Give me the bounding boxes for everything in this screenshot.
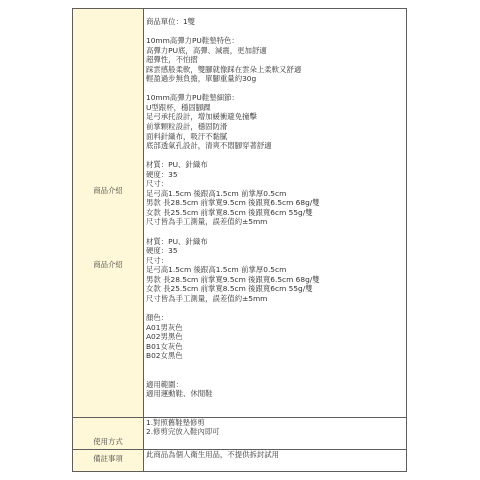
feature-line: 踩雲感般柔軟，雙腳就像踩在雲朵上柔軟又舒適	[146, 65, 406, 75]
intro-label-secondary: 商品介紹	[73, 259, 143, 270]
colors-title: 顏色：	[146, 313, 406, 323]
usage-label: 使用方式	[73, 436, 143, 447]
notes-content: 此商品為個人衛生用品，不提供拆封試用	[144, 449, 407, 471]
usage-row: 使用方式 1.對照舊鞋墊修剪 2.修剪完放入鞋內即可	[73, 417, 407, 449]
spec-size-line: 男款 長28.5cm 前掌寬9.5cm 後跟寬6.5cm 68g/雙	[146, 275, 406, 285]
detail-line: 面料針織布，吸汗不黏膩	[146, 132, 406, 142]
spec-size-line: 足弓高1.5cm 後跟高1.5cm 前掌厚0.5cm	[146, 265, 406, 275]
intro-label: 商品介紹	[73, 185, 143, 196]
notes-value: 此商品為個人衛生用品，不提供拆封試用	[146, 450, 406, 460]
detail-line: 底部透氣孔設計，清爽不悶腳穿著舒適	[146, 141, 406, 151]
detail-line: U型跟杯，穩固腳踝	[146, 103, 406, 113]
usage-line: 2.修剪完放入鞋內即可	[146, 427, 406, 437]
color-option: B02女黑色	[146, 351, 406, 361]
product-unit: 商品單位：1雙	[146, 17, 406, 27]
intro-label-cell: 商品介紹 商品介紹	[73, 9, 144, 418]
scope-title: 適用範圍：	[146, 380, 406, 390]
color-option: A01男灰色	[146, 323, 406, 333]
feature-line: 輕盈過步無負擔，單腳重量約30g	[146, 74, 406, 84]
spec-size-line: 足弓高1.5cm 後跟高1.5cm 前掌厚0.5cm	[146, 189, 406, 199]
detail-line: 前掌顆粒設計，穩固防滑	[146, 122, 406, 132]
scope-value: 適用運動鞋、休閒鞋	[146, 389, 406, 399]
notes-row: 備註事項 此商品為個人衛生用品，不提供拆封試用	[73, 449, 407, 471]
feature-line: 超彈性，不怕摺	[146, 55, 406, 65]
color-option: B01女灰色	[146, 342, 406, 352]
notes-label: 備註事項	[73, 453, 143, 464]
spec-size-title: 尺寸：	[146, 179, 406, 189]
intro-row: 商品介紹 商品介紹 商品單位：1雙 10mm高彈力PU鞋墊特色： 高彈力PU底，…	[73, 9, 407, 418]
details-title: 10mm高彈力PU鞋墊細節：	[146, 93, 406, 103]
usage-line: 1.對照舊鞋墊修剪	[146, 418, 406, 428]
notes-label-cell: 備註事項	[73, 449, 144, 471]
spec-hardness: 硬度：35	[146, 170, 406, 180]
detail-line: 足弓承托設計，增加緩衝避免撞擊	[146, 112, 406, 122]
spec-size-line: 尺寸皆為手工測量，誤差值約±5mm	[146, 217, 406, 227]
spec-size-line: 尺寸皆為手工測量，誤差值約±5mm	[146, 294, 406, 304]
usage-label-cell: 使用方式	[73, 417, 144, 449]
feature-line: 高彈力PU底，高彈、減震，更加舒適	[146, 46, 406, 56]
spec-hardness: 硬度：35	[146, 246, 406, 256]
intro-content: 商品單位：1雙 10mm高彈力PU鞋墊特色： 高彈力PU底，高彈、減震，更加舒適…	[144, 9, 407, 418]
color-option: A02男黑色	[146, 332, 406, 342]
features-title: 10mm高彈力PU鞋墊特色：	[146, 36, 406, 46]
spec-material: 材質：PU、針織布	[146, 237, 406, 247]
spec-material: 材質：PU、針織布	[146, 160, 406, 170]
spec-size-line: 男款 長28.5cm 前掌寬9.5cm 後跟寬6.5cm 68g/雙	[146, 198, 406, 208]
usage-content: 1.對照舊鞋墊修剪 2.修剪完放入鞋內即可	[144, 417, 407, 449]
spec-size-line: 女款 長25.5cm 前掌寬8.5cm 後跟寬6cm 55g/雙	[146, 284, 406, 294]
spec-size-title: 尺寸：	[146, 256, 406, 266]
product-spec-table: 商品介紹 商品介紹 商品單位：1雙 10mm高彈力PU鞋墊特色： 高彈力PU底，…	[72, 8, 407, 472]
spec-size-line: 女款 長25.5cm 前掌寬8.5cm 後跟寬6cm 55g/雙	[146, 208, 406, 218]
